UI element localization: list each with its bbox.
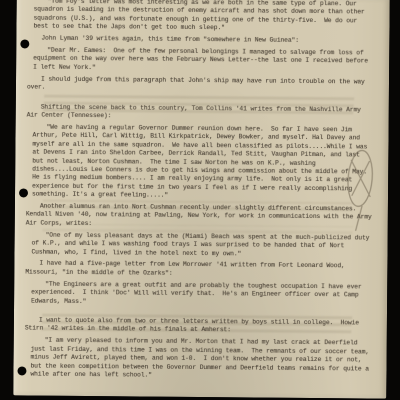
document-page: "Tom Foy's letter was most interesting a…	[13, 0, 389, 399]
letter-quote-paragraph: "Dear Mr. Eames: One of the few personal…	[33, 47, 372, 75]
narrative-paragraph: Another alumnus ran into Nort Cushman re…	[26, 202, 373, 230]
narrative-paragraph: John Lyman '39 writes again, this time f…	[27, 35, 374, 46]
letter-quote-paragraph: "We are having a regular Governor Dummer…	[32, 123, 372, 202]
punch-hole-icon	[19, 188, 28, 197]
letter-quote-paragraph: "One of my less pleasant days at the (Mi…	[31, 231, 370, 259]
document-text: "Tom Foy's letter was most interesting a…	[24, 0, 374, 385]
scan-background: { "document": { "kind": "typewritten new…	[0, 0, 400, 400]
letter-quote-paragraph: "The Engineers are a great outfit and ar…	[31, 280, 370, 308]
punch-hole-icon	[20, 39, 29, 48]
narrative-paragraph: I should judge from this paragraph that …	[27, 75, 374, 95]
narrative-paragraph: I want to quote also from two or three l…	[25, 316, 372, 336]
pencil-ellipse-x-mark	[342, 134, 383, 244]
letter-quote-paragraph: "Tom Foy's letter was most interesting a…	[33, 0, 372, 34]
punch-hole-icon	[17, 366, 26, 375]
letter-quote-paragraph: "I am very pleased to inform you and Mr.…	[30, 337, 369, 382]
narrative-paragraph: Shifting the scene back to this country,…	[27, 103, 374, 123]
narrative-paragraph: I have had a five-page letter from Lew M…	[25, 260, 372, 280]
